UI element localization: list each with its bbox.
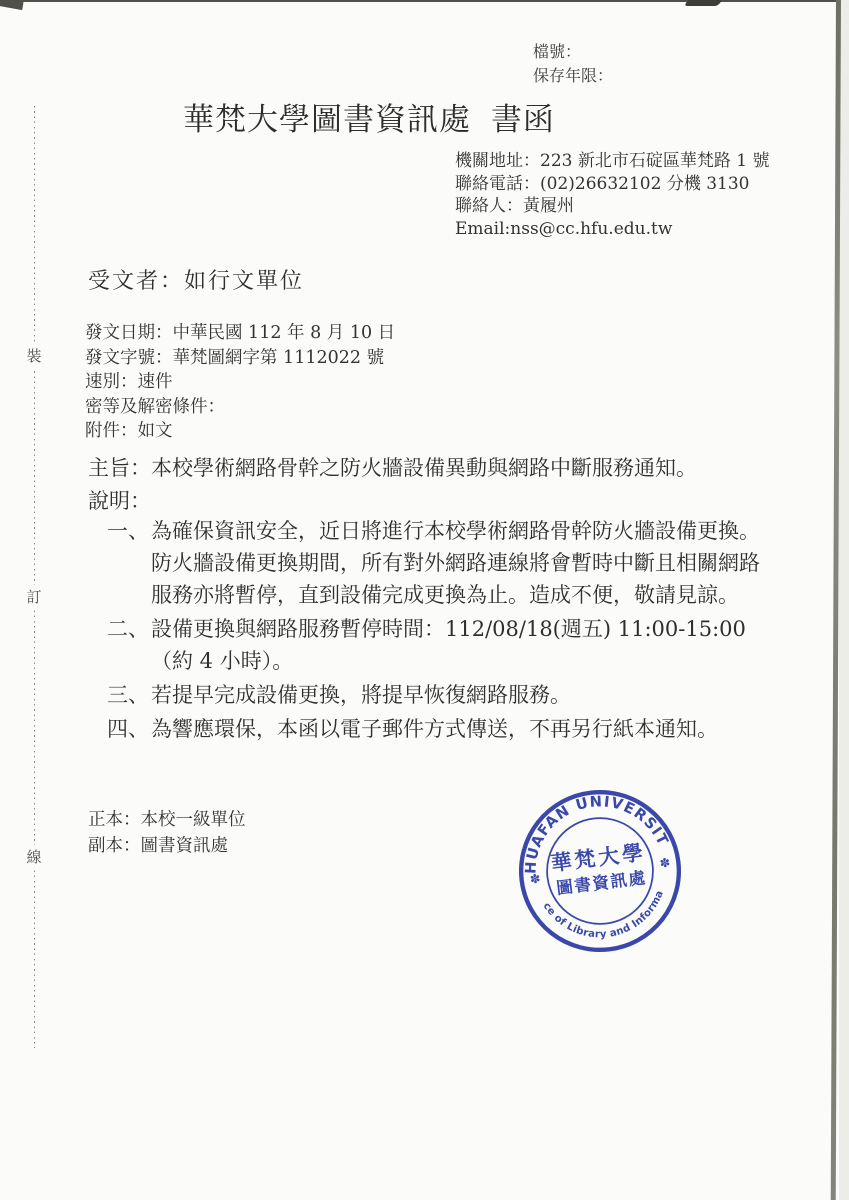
- binding-mark-xian: 線: [23, 845, 45, 869]
- item-number: 四、: [107, 713, 151, 745]
- university-seal-stamp: HUAFAN UNIVERSITY Office of Library and …: [508, 779, 693, 964]
- scan-artifact-notch: [684, 0, 722, 6]
- explanation-item-2: 二、 設備更換與網路服務暫停時間：112/08/18(週五) 11:00-15:…: [107, 613, 767, 677]
- plum-blossom-icon-right: ✽: [659, 855, 671, 871]
- item-number: 二、: [107, 613, 151, 677]
- scanned-letter-page: 裝 訂 線 檔號： 保存年限： 華梵大學圖書資訊處 書函 機關地址：223 新北…: [0, 0, 849, 1200]
- explanation-list: 一、 為確保資訊安全，近日將進行本校學術網路骨幹防火牆設備更換。防火牆設備更換期…: [107, 515, 767, 747]
- contact-email-line: Email:nss@cc.hfu.edu.tw: [455, 218, 769, 241]
- scan-right-margin: [839, 0, 849, 1200]
- document-meta-block: 發文日期：中華民國 112 年 8 月 10 日 發文字號：華梵圖網字第 111…: [85, 321, 395, 444]
- binding-dotted-line: [34, 106, 35, 1048]
- speed-class-line: 速別：速件: [85, 370, 395, 395]
- explanation-item-4: 四、 為響應環保，本函以電子郵件方式傳送，不再另行紙本通知。: [107, 713, 767, 745]
- explanation-label: 說明：: [88, 485, 151, 515]
- agency-address-line: 機關地址：223 新北市石碇區華梵路 1 號: [455, 150, 769, 173]
- copies-block: 正本：本校一級單位 副本：圖書資訊處: [88, 807, 246, 859]
- security-class-line: 密等及解密條件：: [85, 395, 395, 420]
- item-text: 為響應環保，本函以電子郵件方式傳送，不再另行紙本通知。: [151, 713, 767, 745]
- item-text: 為確保資訊安全，近日將進行本校學術網路骨幹防火牆設備更換。防火牆設備更換期間，所…: [151, 515, 767, 611]
- item-text: 設備更換與網路服務暫停時間：112/08/18(週五) 11:00-15:00 …: [151, 613, 767, 677]
- file-number-block: 檔號： 保存年限：: [533, 40, 613, 88]
- item-text: 若提早完成設備更換，將提早恢復網路服務。: [151, 679, 767, 711]
- recipient-line: 受文者：如行文單位: [88, 264, 304, 295]
- subject-line: 主旨：本校學術網路骨幹之防火牆設備異動與網路中斷服務通知。: [88, 452, 788, 482]
- explanation-item-3: 三、 若提早完成設備更換，將提早恢復網路服務。: [107, 679, 767, 711]
- file-number-label: 檔號：: [533, 40, 613, 64]
- retention-period-label: 保存年限：: [533, 64, 613, 88]
- binding-mark-ding: 訂: [23, 585, 45, 609]
- attachment-line: 附件：如文: [85, 419, 395, 444]
- contact-person-line: 聯絡人：黃履州: [455, 195, 769, 218]
- doc-number-line: 發文字號：華梵圖網字第 1112022 號: [85, 346, 395, 371]
- plum-blossom-icon-left: ✽: [529, 871, 541, 887]
- original-copy-line: 正本：本校一級單位: [88, 807, 246, 833]
- item-number: 三、: [107, 679, 151, 711]
- cc-copy-line: 副本：圖書資訊處: [88, 833, 246, 859]
- explanation-item-1: 一、 為確保資訊安全，近日將進行本校學術網路骨幹防火牆設備更換。防火牆設備更換期…: [107, 515, 767, 611]
- scan-artifact-corner: [0, 0, 24, 10]
- contact-phone-line: 聯絡電話：(02)26632102 分機 3130: [455, 173, 769, 196]
- document-title: 華梵大學圖書資訊處 書函: [183, 94, 555, 139]
- issue-date-line: 發文日期：中華民國 112 年 8 月 10 日: [85, 321, 395, 346]
- binding-mark-zhuang: 裝: [23, 344, 45, 368]
- contact-block: 機關地址：223 新北市石碇區華梵路 1 號 聯絡電話：(02)26632102…: [455, 150, 769, 240]
- item-number: 一、: [107, 515, 151, 611]
